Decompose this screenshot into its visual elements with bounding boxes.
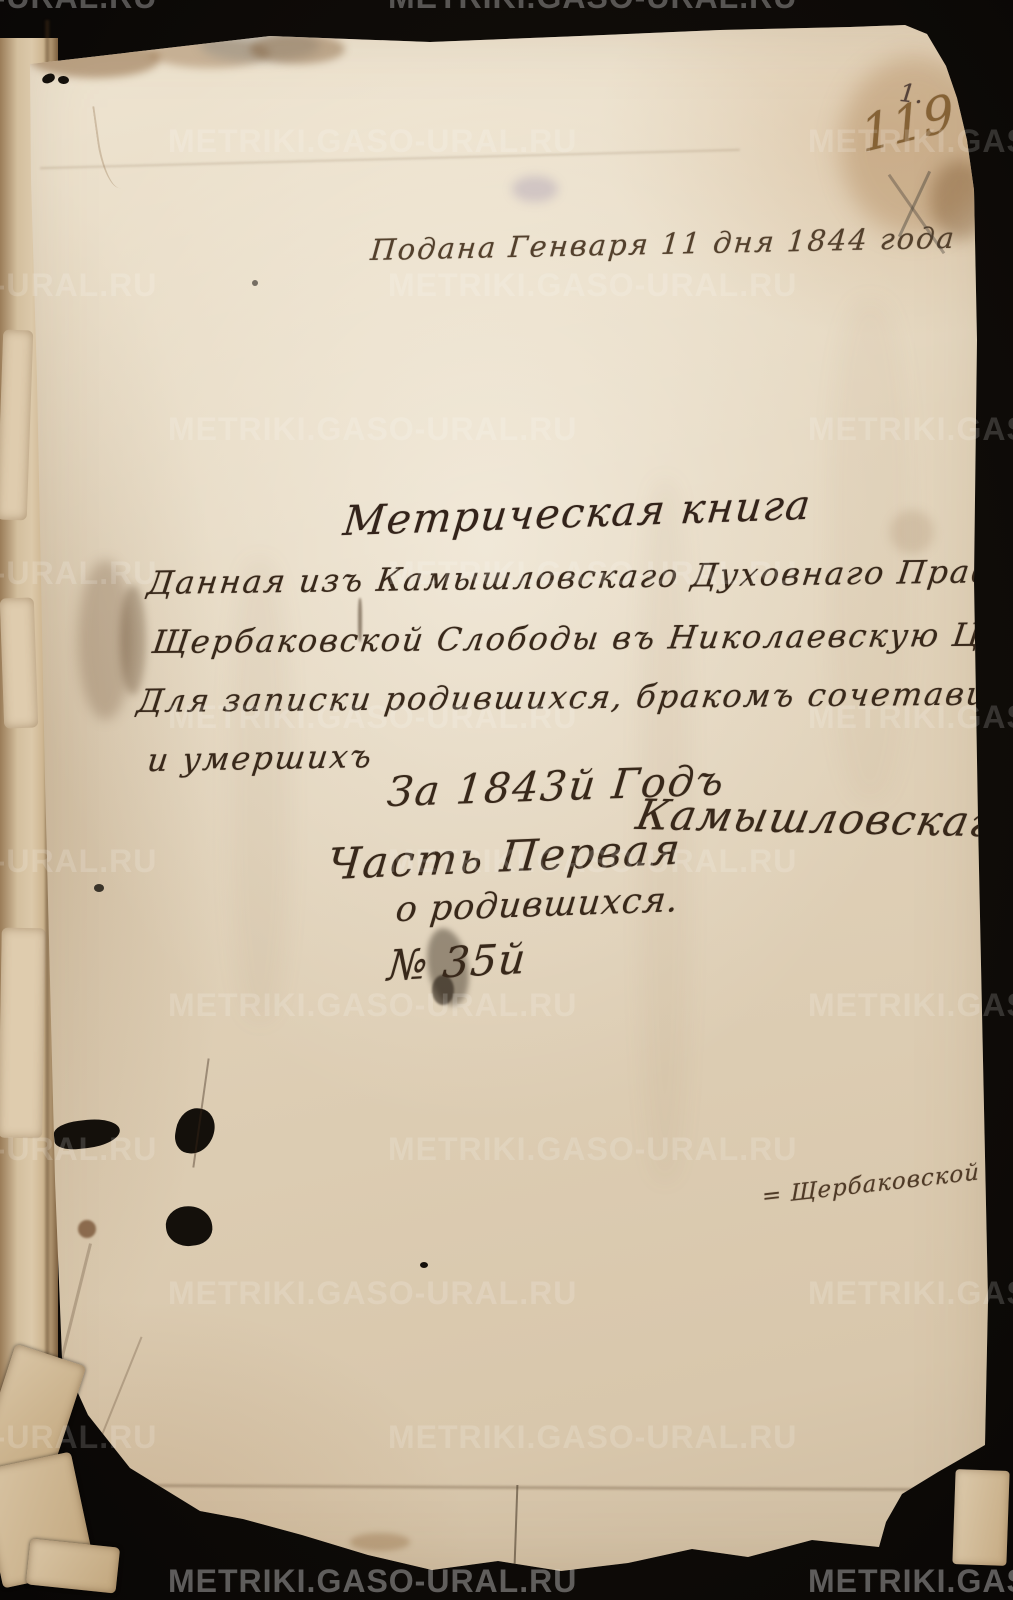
faint-stain	[512, 176, 558, 202]
scanned-register-page: Подана Генваря 11 дня 1844 года 1. 119 М…	[0, 0, 1013, 1600]
ink-stain	[350, 1533, 410, 1551]
watermark-text: METRIKI.GASO-URAL.RU	[808, 1563, 1013, 1600]
aging-streak	[830, 300, 910, 800]
document-title: Метрическая книга	[341, 481, 814, 546]
paper-hole	[58, 76, 70, 85]
body-line-2: Щербаковской Слободы въ Николаевскую Цер…	[150, 615, 1013, 661]
pencil-mark	[885, 168, 945, 258]
part-line: Часть Первая	[325, 825, 684, 891]
paper-sheet: Подана Генваря 11 дня 1844 года 1. 119 М…	[0, 0, 1013, 1600]
watermark-text: METRIKI.GASO-URAL.RU	[388, 0, 797, 16]
signature: = Щербаковской	[762, 1159, 980, 1210]
smudge-stain	[120, 585, 146, 695]
ink-bleed-mark	[92, 102, 132, 190]
paper-hole	[163, 1203, 214, 1249]
ink-stain	[250, 34, 345, 64]
side-note-kamyshlovskago: Камышловскаго~	[632, 790, 1013, 848]
page-sliver	[952, 1469, 1009, 1566]
paper-hole	[53, 1117, 122, 1152]
watermark-text: METRIKI.GASO-URAL.RU	[168, 1563, 577, 1600]
binding-paper-layer	[0, 928, 46, 1139]
fold-fragment	[26, 1538, 120, 1593]
paper-crack	[514, 1485, 519, 1565]
crease	[40, 149, 740, 169]
paper-hole	[420, 1262, 428, 1268]
brown-spot	[78, 1220, 96, 1238]
faint-stain	[890, 510, 934, 554]
section-line: о родившихся.	[394, 880, 681, 930]
number-line: № 35й	[386, 934, 529, 991]
paper-hole	[94, 884, 104, 892]
paper-hole	[252, 280, 258, 286]
body-line-3: Для записки родившихся, бракомъ сочетавш…	[135, 674, 1013, 720]
submission-note: Подана Генваря 11 дня 1844 года	[369, 221, 957, 267]
binding-paper-layer	[0, 597, 38, 728]
paper-hole	[41, 72, 56, 84]
crease	[69, 1337, 142, 1514]
body-line-4: и умершихъ	[145, 737, 375, 779]
watermark-text: METRIKI.GASO-URAL.RU	[0, 0, 157, 16]
